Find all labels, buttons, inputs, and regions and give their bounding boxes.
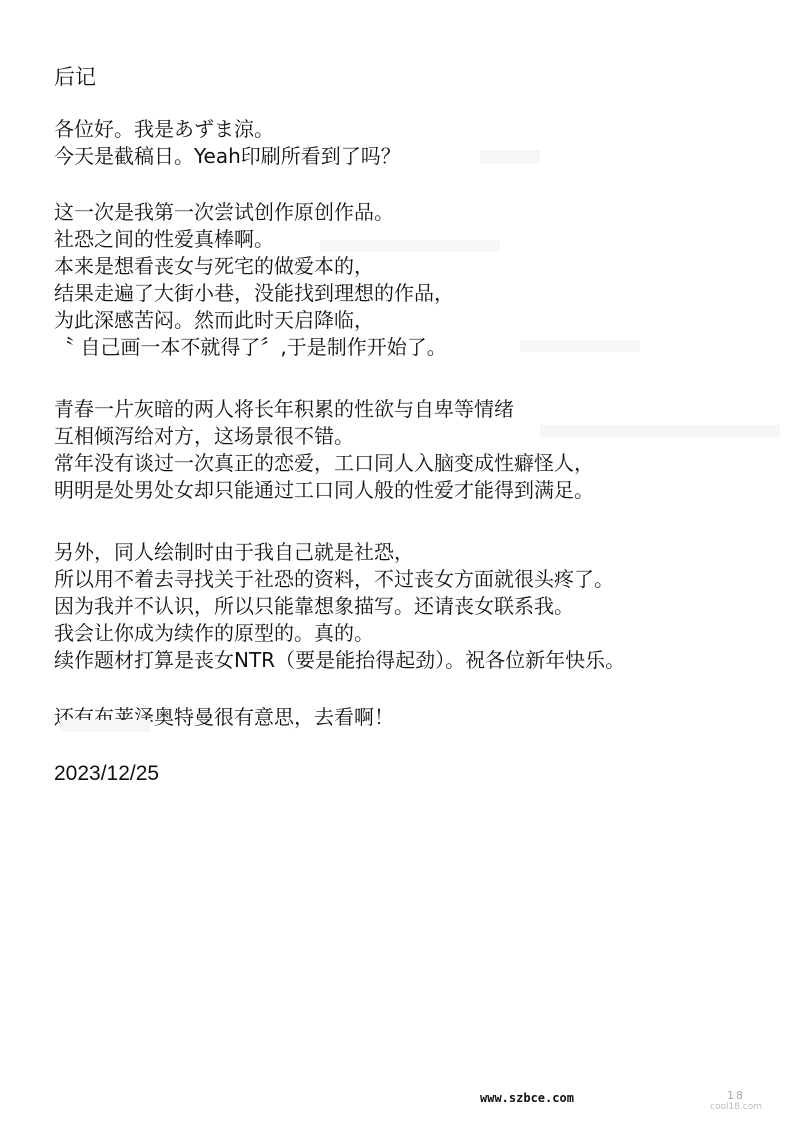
paragraph-closing: 还有布莱泽奥特曼很有意思，去看啊！ <box>54 704 394 731</box>
watermark-logo-number: 18 <box>704 1090 768 1102</box>
text-line: 所以用不着去寻找关于社恐的资料，不过丧女方面就很头疼了。 <box>54 566 625 593</box>
text-line: 常年没有谈过一次真正的恋爱，工口同人入脑变成性癖怪人， <box>54 450 594 477</box>
text-line: 另外，同人绘制时由于我自己就是社恐， <box>54 539 625 566</box>
watermark-url: www.szbce.com <box>480 1091 574 1105</box>
paragraph-greeting: 各位好。我是あずま涼。 今天是截稿日。Yeah印刷所看到了吗？ <box>54 116 401 170</box>
text-line: 续作题材打算是丧女NTR（要是能抬得起劲）。祝各位新年快乐。 <box>54 647 625 674</box>
page-title: 后记 <box>54 64 96 91</box>
text-line: 本来是想看丧女与死宅的做爱本的， <box>54 253 454 280</box>
text-line: 〝 自己画一本不就得了〞,于是制作开始了。 <box>54 334 454 361</box>
text-line: 今天是截稿日。Yeah印刷所看到了吗？ <box>54 143 401 170</box>
bleed-through-mark <box>480 150 540 164</box>
text-line: 明明是处男处女却只能通过工口同人般的性爱才能得到满足。 <box>54 477 594 504</box>
watermark-logo: 18 cool18.com <box>704 1090 768 1118</box>
text-line: 为此深感苦闷。然而此时天启降临， <box>54 307 454 334</box>
text-line: 还有布莱泽奥特曼很有意思，去看啊！ <box>54 704 394 731</box>
afterword-page: 后记 各位好。我是あずま涼。 今天是截稿日。Yeah印刷所看到了吗？ 这一次是我… <box>0 0 800 1130</box>
bleed-through-mark <box>520 340 640 352</box>
text-line: 各位好。我是あずま涼。 <box>54 116 401 143</box>
text-line: 结果走遍了大街小巷，没能找到理想的作品， <box>54 280 454 307</box>
text-line: 因为我并不认识，所以只能靠想象描写。还请丧女联系我。 <box>54 593 625 620</box>
paragraph-origin: 这一次是我第一次尝试创作原创作品。 社恐之间的性爱真棒啊。 本来是想看丧女与死宅… <box>54 199 454 361</box>
text-line: 这一次是我第一次尝试创作原创作品。 <box>54 199 454 226</box>
paragraph-theme: 青春一片灰暗的两人将长年积累的性欲与自卑等情绪 互相倾泻给对方，这场景很不错。 … <box>54 396 594 504</box>
text-line: 青春一片灰暗的两人将长年积累的性欲与自卑等情绪 <box>54 396 594 423</box>
watermark-logo-site: cool18.com <box>704 1102 768 1113</box>
text-line: 互相倾泻给对方，这场景很不错。 <box>54 423 594 450</box>
text-line: 社恐之间的性爱真棒啊。 <box>54 226 454 253</box>
date-stamp: 2023/12/25 <box>54 760 159 787</box>
paragraph-sequel: 另外，同人绘制时由于我自己就是社恐， 所以用不着去寻找关于社恐的资料，不过丧女方… <box>54 539 625 674</box>
text-line: 我会让你成为续作的原型的。真的。 <box>54 620 625 647</box>
